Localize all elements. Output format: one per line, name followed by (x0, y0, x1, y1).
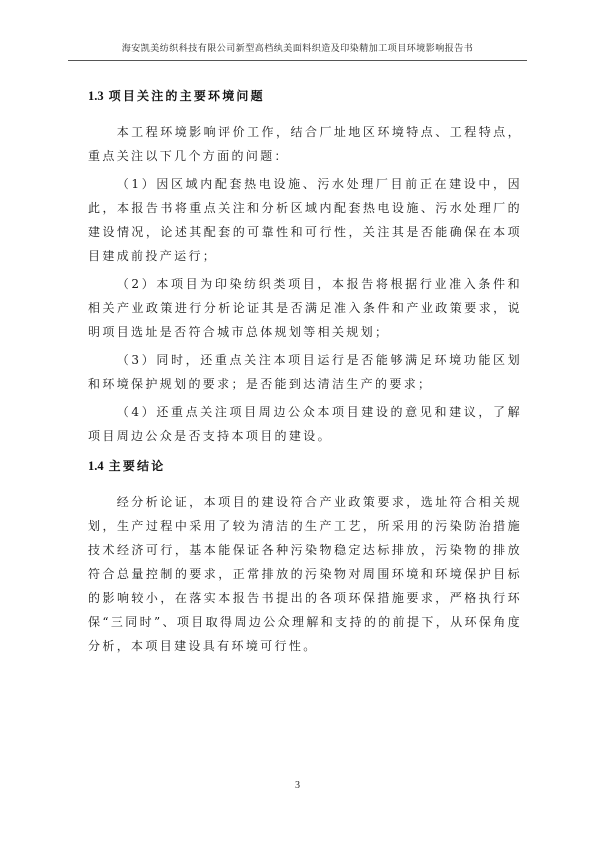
running-header-title: 海安凯美纺织科技有限公司新型高档纨美面料织造及印染精加工项目环境影响报告书 (122, 44, 474, 54)
section-title: 主要结论 (109, 459, 166, 473)
paragraph-item-4: （4）还重点关注项目周边公众本项目建设的意见和建议，了解项目周边公众是否支持本项… (88, 400, 522, 448)
section-number: 1.4 (88, 459, 104, 473)
paragraph-conclusion: 经分析论证，本项目的建设符合产业政策要求，选址符合相关规划，生产过程中采用了较为… (88, 490, 522, 658)
section-title: 项目关注的主要环境问题 (109, 89, 265, 103)
section-heading-1-3: 1.3项目关注的主要环境问题 (88, 86, 522, 106)
page-number: 3 (0, 780, 595, 791)
page-body: 1.3项目关注的主要环境问题 本工程环境影响评价工作，结合厂址地区环境特点、工程… (88, 86, 522, 658)
spacer (88, 106, 522, 120)
paragraph-item-2: （2）本项目为印染纺织类项目，本报告将根据行业准入条件和相关产业政策进行分析论证… (88, 272, 522, 344)
paragraph-item-1: （1）因区域内配套热电设施、污水处理厂目前正在建设中，因此，本报告书将重点关注和… (88, 172, 522, 268)
section-heading-1-4: 1.4主要结论 (88, 456, 522, 476)
spacer (88, 448, 522, 456)
spacer (88, 476, 522, 490)
paragraph-intro: 本工程环境影响评价工作，结合厂址地区环境特点、工程特点，重点关注以下几个方面的问… (88, 120, 522, 168)
paragraph-item-3: （3）同时，还重点关注本项目运行是否能够满足环境功能区划和环境保护规划的要求；是… (88, 348, 522, 396)
section-number: 1.3 (88, 89, 104, 103)
running-header: 海安凯美纺织科技有限公司新型高档纨美面料织造及印染精加工项目环境影响报告书 (68, 42, 527, 61)
